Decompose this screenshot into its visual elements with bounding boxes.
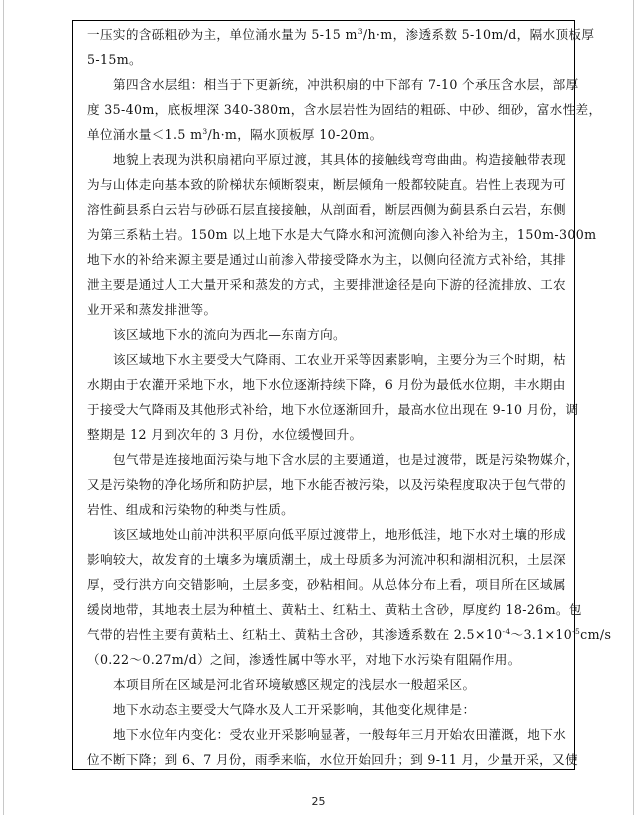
text-run: 第四含水层组：相当于下更新统，冲洪积扇的中下部有 7-10 个承压含水层，部厚: [113, 77, 579, 92]
text-line-content: 厚，受行洪方向交错影响，土层多变，砂粘相间。从总体分布上看，项目所在区域属: [87, 572, 563, 597]
text-line: 泄主要是通过人工大量开采和蒸发的方式，主要排泄途径是向下游的径流排放、工农: [87, 272, 563, 297]
text-line: 为与山体走向基本致的阶梯状东倾断裂束，断层倾角一般都较陡直。岩性上表现为可: [87, 172, 563, 197]
text-line: 业开采和蒸发排泄等。: [87, 297, 563, 322]
text-line-content: 地下水位年内变化：受农业开采影响显著，一般每年三月开始农田灌溉，地下水: [113, 722, 563, 747]
text-line-content: 业开采和蒸发排泄等。: [87, 302, 216, 317]
text-line-content: 一压实的含砾粗砂为主，单位涌水量为 5-15 m3/h·m，渗透系数 5-10m…: [87, 22, 563, 47]
text-run: 水期由于农灌开采地下水，地下水位逐渐持续下降，6 月份为最低水位期，丰水期由: [87, 377, 566, 392]
text-line-content: 该区域地下水的流向为西北—东南方向。: [113, 327, 346, 342]
text-line: 地下水位年内变化：受农业开采影响显著，一般每年三月开始农田灌溉，地下水: [87, 722, 563, 747]
text-line: 度 35-40m，底板埋深 340-380m，含水层岩性为固结的粗砾、中砂、细砂…: [87, 97, 563, 122]
text-line: 地下水的补给来源主要是通过山前渗入带接受降水为主，以侧向径流方式补给，其排: [87, 247, 563, 272]
text-run: cm/s: [580, 627, 611, 642]
text-line-content: 5-15m。: [87, 52, 142, 67]
text-line-content: 本项目所在区域是河北省环境敏感区规定的浅层水一般超采区。: [113, 677, 475, 692]
text-line: 影响较大，故发育的土壤多为壤质潮土，成土母质多为河流冲积和湖相沉积，土层深: [87, 547, 563, 572]
text-run: 为第三系粘土岩。150m 以上地下水是大气降水和河流侧向渗入补给为主，150m-…: [87, 227, 596, 242]
text-line: 第四含水层组：相当于下更新统，冲洪积扇的中下部有 7-10 个承压含水层，部厚: [87, 72, 563, 97]
text-line-content: 包气带是连接地面污染与地下含水层的主要通道，也是过渡带，既是污染物媒介，: [113, 447, 563, 472]
text-run: 为与山体走向基本致的阶梯状东倾断裂束，断层倾角一般都较陡直。岩性上表现为可: [87, 177, 566, 192]
text-line: （0.22～0.27m/d）之间，渗透性属中等水平，对地下水污染有阻隔作用。: [87, 647, 563, 672]
page-number: 25: [0, 795, 637, 808]
text-run: 本项目所在区域是河北省环境敏感区规定的浅层水一般超采区。: [113, 677, 475, 692]
text-line-content: 位不断下降；到 6、7 月份，雨季来临，水位开始回升；到 9-11 月，少量开采…: [87, 747, 563, 772]
superscript: -4: [502, 627, 510, 636]
text-line-content: 泄主要是通过人工大量开采和蒸发的方式，主要排泄途径是向下游的径流排放、工农: [87, 272, 563, 297]
text-line: 气带的岩性主要有黄粘土、红粘土、黄粘土含砂，其渗透系数在 2.5×10-4～3.…: [87, 622, 563, 647]
text-line: 岩性、组成和污染物的种类与性质。: [87, 497, 563, 522]
text-line: 整期是 12 月到次年的 3 月份，水位缓慢回升。: [87, 422, 563, 447]
text-run: 气带的岩性主要有黄粘土、红粘土、黄粘土含砂，其渗透系数在 2.5×10: [87, 627, 502, 642]
text-line: 于接受大气降雨及其他形式补给，地下水位逐渐回升，最高水位出现在 9-10 月份，…: [87, 397, 563, 422]
text-line-content: 度 35-40m，底板埋深 340-380m，含水层岩性为固结的粗砾、中砂、细砂…: [87, 97, 563, 122]
text-line: 缓岗地带，其地表土层为种植土、黄粘土、红粘土、黄粘土含砂，厚度约 18-26m。…: [87, 597, 563, 622]
text-line-content: 气带的岩性主要有黄粘土、红粘土、黄粘土含砂，其渗透系数在 2.5×10-4～3.…: [87, 622, 563, 647]
text-line-content: 于接受大气降雨及其他形式补给，地下水位逐渐回升，最高水位出现在 9-10 月份，…: [87, 397, 563, 422]
body-text: 一压实的含砾粗砂为主，单位涌水量为 5-15 m3/h·m，渗透系数 5-10m…: [87, 22, 563, 772]
text-run: 业开采和蒸发排泄等。: [87, 302, 216, 317]
text-line: 该区域地处山前冲洪积平原向低平原过渡带上，地形低洼，地下水对土壤的形成: [87, 522, 563, 547]
text-line: 溶性蓟县系白云岩与砂砾石层直接接触，从剖面看，断层西侧为蓟县系白云岩，东侧: [87, 197, 563, 222]
text-line-content: 该区域地处山前冲洪积平原向低平原过渡带上，地形低洼，地下水对土壤的形成: [113, 522, 563, 547]
text-line: 一压实的含砾粗砂为主，单位涌水量为 5-15 m3/h·m，渗透系数 5-10m…: [87, 22, 563, 47]
text-run: 包气带是连接地面污染与地下含水层的主要通道，也是过渡带，既是污染物媒介，: [113, 452, 579, 467]
text-run: 影响较大，故发育的土壤多为壤质潮土，成土母质多为河流冲积和湖相沉积，土层深: [87, 552, 566, 567]
text-run: 缓岗地带，其地表土层为种植土、黄粘土、红粘土、黄粘土含砂，厚度约 18-26m。…: [87, 602, 582, 617]
text-line: 厚，受行洪方向交错影响，土层多变，砂粘相间。从总体分布上看，项目所在区域属: [87, 572, 563, 597]
text-run: 整期是 12 月到次年的 3 月份，水位缓慢回升。: [87, 427, 363, 442]
text-line-content: 地下水动态主要受大气降水及人工开采影响，其他变化规律是：: [113, 702, 475, 717]
text-run: 地貌上表现为洪积扇裙向平原过渡，其具体的接触线弯弯曲曲。构造接触带表现: [113, 152, 566, 167]
superscript: -5: [572, 627, 580, 636]
text-line: 位不断下降；到 6、7 月份，雨季来临，水位开始回升；到 9-11 月，少量开采…: [87, 747, 563, 772]
text-run: 单位涌水量＜1.5 m: [87, 127, 202, 142]
text-run: 岩性、组成和污染物的种类与性质。: [87, 502, 294, 517]
text-line: 该区域地下水主要受大气降雨、工农业开采等因素影响，主要分为三个时期，枯: [87, 347, 563, 372]
text-run: ～3.1×10: [511, 627, 573, 642]
text-line-content: 溶性蓟县系白云岩与砂砾石层直接接触，从剖面看，断层西侧为蓟县系白云岩，东侧: [87, 197, 563, 222]
page-edge-left: [3, 0, 4, 815]
text-line-content: 第四含水层组：相当于下更新统，冲洪积扇的中下部有 7-10 个承压含水层，部厚: [113, 72, 563, 97]
text-line-content: 又是污染物的净化场所和防护层，地下水能否被污染，以及污染程度取决于包气带的: [87, 472, 563, 497]
text-run: 度 35-40m，底板埋深 340-380m，含水层岩性为固结的粗砾、中砂、细砂…: [87, 102, 601, 117]
text-line-content: 地貌上表现为洪积扇裙向平原过渡，其具体的接触线弯弯曲曲。构造接触带表现: [113, 147, 563, 172]
text-run: 该区域地下水主要受大气降雨、工农业开采等因素影响，主要分为三个时期，枯: [113, 352, 566, 367]
text-line-content: 地下水的补给来源主要是通过山前渗入带接受降水为主，以侧向径流方式补给，其排: [87, 247, 563, 272]
text-line: 又是污染物的净化场所和防护层，地下水能否被污染，以及污染程度取决于包气带的: [87, 472, 563, 497]
text-run: 该区域地下水的流向为西北—东南方向。: [113, 327, 346, 342]
text-line-content: 水期由于农灌开采地下水，地下水位逐渐持续下降，6 月份为最低水位期，丰水期由: [87, 372, 563, 397]
text-run: （0.22～0.27m/d）之间，渗透性属中等水平，对地下水污染有阻隔作用。: [87, 652, 521, 667]
text-run: 该区域地处山前冲洪积平原向低平原过渡带上，地形低洼，地下水对土壤的形成: [113, 527, 566, 542]
text-line-content: 缓岗地带，其地表土层为种植土、黄粘土、红粘土、黄粘土含砂，厚度约 18-26m。…: [87, 597, 563, 622]
text-line-content: 该区域地下水主要受大气降雨、工农业开采等因素影响，主要分为三个时期，枯: [113, 347, 563, 372]
text-run: 泄主要是通过人工大量开采和蒸发的方式，主要排泄途径是向下游的径流排放、工农: [87, 277, 566, 292]
text-line: 水期由于农灌开采地下水，地下水位逐渐持续下降，6 月份为最低水位期，丰水期由: [87, 372, 563, 397]
text-line: 该区域地下水的流向为西北—东南方向。: [87, 322, 563, 347]
text-line: 为第三系粘土岩。150m 以上地下水是大气降水和河流侧向渗入补给为主，150m-…: [87, 222, 563, 247]
text-line-content: 影响较大，故发育的土壤多为壤质潮土，成土母质多为河流冲积和湖相沉积，土层深: [87, 547, 563, 572]
text-line: 地貌上表现为洪积扇裙向平原过渡，其具体的接触线弯弯曲曲。构造接触带表现: [87, 147, 563, 172]
text-run: 地下水动态主要受大气降水及人工开采影响，其他变化规律是：: [113, 702, 475, 717]
text-line: 本项目所在区域是河北省环境敏感区规定的浅层水一般超采区。: [87, 672, 563, 697]
text-line-content: 岩性、组成和污染物的种类与性质。: [87, 502, 294, 517]
text-line-content: 为第三系粘土岩。150m 以上地下水是大气降水和河流侧向渗入补给为主，150m-…: [87, 222, 563, 247]
text-run: 地下水的补给来源主要是通过山前渗入带接受降水为主，以侧向径流方式补给，其排: [87, 252, 566, 267]
text-run: 地下水位年内变化：受农业开采影响显著，一般每年三月开始农田灌溉，地下水: [113, 727, 566, 742]
text-line-content: 为与山体走向基本致的阶梯状东倾断裂束，断层倾角一般都较陡直。岩性上表现为可: [87, 172, 563, 197]
text-run: 位不断下降；到 6、7 月份，雨季来临，水位开始回升；到 9-11 月，少量开采…: [87, 752, 578, 767]
page-edge-right: [633, 0, 634, 815]
text-run: 溶性蓟县系白云岩与砂砾石层直接接触，从剖面看，断层西侧为蓟县系白云岩，东侧: [87, 202, 566, 217]
text-line-content: 单位涌水量＜1.5 m3/h·m，隔水顶板厚 10-20m。: [87, 127, 383, 142]
text-run: 厚，受行洪方向交错影响，土层多变，砂粘相间。从总体分布上看，项目所在区域属: [87, 577, 566, 592]
text-run: 一压实的含砾粗砂为主，单位涌水量为 5-15 m: [87, 27, 358, 42]
text-run: /h·m，渗透系数 5-10m/d，隔水顶板厚: [363, 27, 594, 42]
text-run: 于接受大气降雨及其他形式补给，地下水位逐渐回升，最高水位出现在 9-10 月份，…: [87, 402, 578, 417]
text-run: /h·m，隔水顶板厚 10-20m。: [208, 127, 383, 142]
text-line-content: （0.22～0.27m/d）之间，渗透性属中等水平，对地下水污染有阻隔作用。: [87, 652, 521, 667]
text-line: 地下水动态主要受大气降水及人工开采影响，其他变化规律是：: [87, 697, 563, 722]
text-line-content: 整期是 12 月到次年的 3 月份，水位缓慢回升。: [87, 427, 363, 442]
text-run: 又是污染物的净化场所和防护层，地下水能否被污染，以及污染程度取决于包气带的: [87, 477, 566, 492]
bordered-text-frame: 一压实的含砾粗砂为主，单位涌水量为 5-15 m3/h·m，渗透系数 5-10m…: [72, 20, 575, 770]
text-line: 单位涌水量＜1.5 m3/h·m，隔水顶板厚 10-20m。: [87, 122, 563, 147]
text-line: 5-15m。: [87, 47, 563, 72]
text-line: 包气带是连接地面污染与地下含水层的主要通道，也是过渡带，既是污染物媒介，: [87, 447, 563, 472]
text-run: 5-15m。: [87, 52, 142, 67]
